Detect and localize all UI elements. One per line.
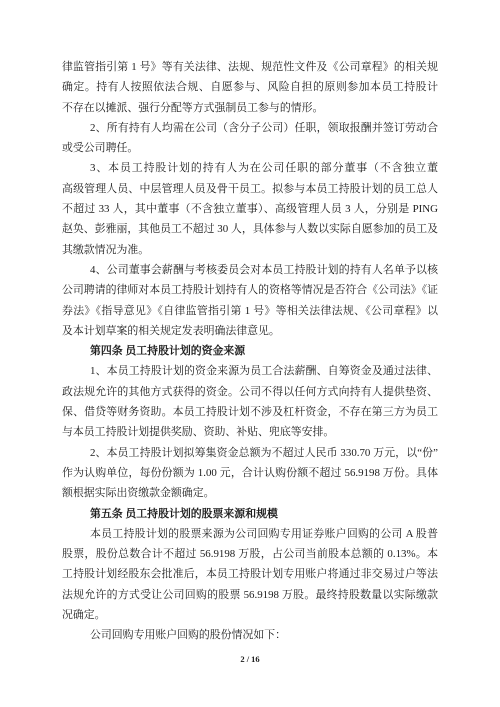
text-line: 不存在以摊派、强行分配等方式强制员工参与的情形。 bbox=[62, 98, 438, 118]
section-heading: 第四条 员工持股计划的资金来源 bbox=[62, 341, 438, 361]
text-line: 3、本员工持股计划的持有人为在公司任职的部分董事（不含独立董事）、 bbox=[62, 158, 438, 178]
text-line: 券法》《指导意见》《自律监管指引第 1 号》等相关法律法规、《公司章程》以 bbox=[62, 301, 438, 321]
text-line: 2、本员工持股计划拟筹集资金总额为不超过人民币 330.70 万元，以“份” bbox=[62, 443, 438, 463]
text-line: 1、本员工持股计划的资金来源为员工合法薪酬、自筹资金及通过法律、行 bbox=[62, 361, 438, 381]
text-line: 保、借贷等财务资助。本员工持股计划不涉及杠杆资金，不存在第三方为员工参 bbox=[62, 402, 438, 422]
text-line: 工持股计划经股东会批准后，本员工持股计划专用账户将通过非交易过户等法律 bbox=[62, 564, 438, 584]
section-heading: 第五条 员工持股计划的股票来源和规模 bbox=[62, 504, 438, 524]
text-line: 确定。持有人按照依法合规、自愿参与、风险自担的原则参加本员工持股计划， bbox=[62, 77, 438, 97]
text-line: 额根据实际出资缴款金额确定。 bbox=[62, 483, 438, 503]
text-line: 况确定。 bbox=[62, 605, 438, 625]
text-line: 政法规允许的其他方式获得的资金。公司不得以任何方式向持有人提供垫资、担 bbox=[62, 382, 438, 402]
text-line: 其缴款情况为准。 bbox=[62, 240, 438, 260]
text-line: 股票，股份总数合计不超过 56.9198 万股，占公司当前股本总额的 0.13%… bbox=[62, 544, 438, 564]
text-line: 及本计划草案的相关规定发表明确法律意见。 bbox=[62, 321, 438, 341]
page-number: 2 / 16 bbox=[0, 653, 500, 666]
text-line: 2、所有持有人均需在公司（含分子公司）任职，领取报酬并签订劳动合同 bbox=[62, 118, 438, 138]
text-line: 赵奂、彭雅丽，其他员工不超过 30 人，具体参与人数以实际自愿参加的员工及 bbox=[62, 219, 438, 239]
text-line: 高级管理人员、中层管理人员及骨干员工。拟参与本员工持股计划的员工总人数 bbox=[62, 179, 438, 199]
text-block: 律监管指引第 1 号》等有关法律、法规、规范性文件及《公司章程》的相关规定确定。… bbox=[62, 57, 438, 646]
text-line: 法规允许的方式受让公司回购的股票 56.9198 万股。最终持股数量以实际缴款情 bbox=[62, 585, 438, 605]
text-line: 不超过 33 人，其中董事（不含独立董事）、高级管理人员 3 人，分别是 PIN… bbox=[62, 199, 438, 219]
text-line: 公司聘请的律师对本员工持股计划持有人的资格等情况是否符合《公司法》《证 bbox=[62, 280, 438, 300]
text-line: 律监管指引第 1 号》等有关法律、法规、规范性文件及《公司章程》的相关规定 bbox=[62, 57, 438, 77]
document-page: 律监管指引第 1 号》等有关法律、法规、规范性文件及《公司章程》的相关规定确定。… bbox=[0, 0, 500, 707]
text-line: 公司回购专用账户回购的股份情况如下： bbox=[62, 625, 438, 645]
text-line: 与本员工持股计划提供奖励、资助、补贴、兜底等安排。 bbox=[62, 422, 438, 442]
text-line: 本员工持股计划的股票来源为公司回购专用证券账户回购的公司 A 股普通 bbox=[62, 524, 438, 544]
text-line: 4、公司董事会薪酬与考核委员会对本员工持股计划的持有人名单予以核实。 bbox=[62, 260, 438, 280]
text-line: 作为认购单位，每份份额为 1.00 元，合计认购份额不超过 56.9198 万份… bbox=[62, 463, 438, 483]
text-line: 或受公司聘任。 bbox=[62, 138, 438, 158]
